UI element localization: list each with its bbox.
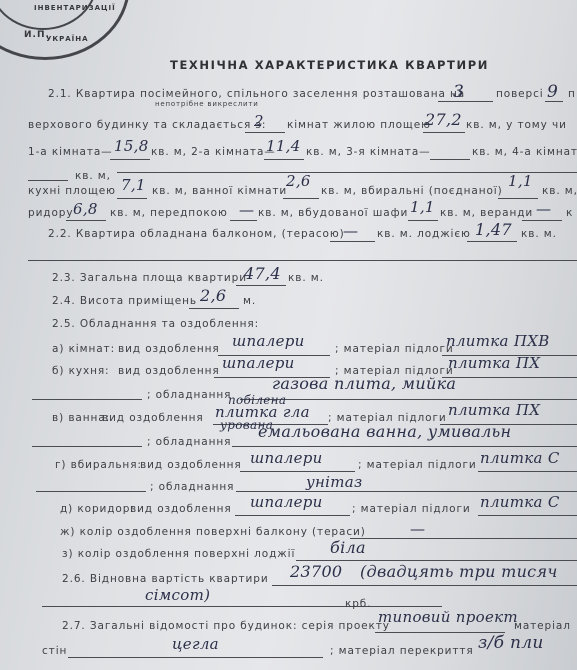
floors-suffix: п bbox=[568, 88, 576, 100]
living-area-value: 27,2 bbox=[425, 110, 462, 129]
hall-value: — bbox=[239, 201, 254, 219]
total-area-unit: кв. м. bbox=[288, 272, 324, 284]
ceiling-label: ; матеріал перекриття bbox=[330, 645, 474, 657]
room2-label: кв. м, 2-а кімната— bbox=[151, 146, 276, 158]
finish-label: вид оздоблення bbox=[102, 412, 204, 424]
corridor-value: 6,8 bbox=[73, 200, 98, 218]
total-area-value: 47,4 bbox=[244, 264, 281, 283]
rooms-finish-value: шпалери bbox=[232, 332, 305, 350]
kitchen-value: 7,1 bbox=[121, 176, 146, 194]
section-2-7-label: 2.7. Загальні відомості про будинок: сер… bbox=[62, 620, 390, 632]
wc-equipment-value: унітаз bbox=[306, 473, 363, 491]
floor-value: 3 bbox=[453, 82, 464, 102]
bath-equipment-value: емальована ванна, умивальн bbox=[258, 422, 511, 441]
material-label: матеріал bbox=[514, 620, 571, 632]
rooms-floor-value: плитка ПХВ bbox=[446, 332, 550, 350]
rooms-finish-label: а) кімнат: bbox=[52, 343, 115, 355]
veranda-suffix: к bbox=[566, 207, 573, 219]
balcony-color-label: ж) колір оздоблення поверхні балкону (те… bbox=[60, 526, 366, 538]
balcony-value: — bbox=[343, 222, 358, 240]
section-2-6-label: 2.6. Відновна вартість квартири bbox=[62, 573, 269, 585]
corridor-finish-label: д) коридор: bbox=[60, 503, 135, 515]
kitchen-finish-label: б) кухня: bbox=[52, 365, 110, 377]
kitchen-finish-value: шпалери bbox=[222, 354, 295, 372]
closet-label: кв. м, вбудованої шафи bbox=[258, 207, 408, 219]
bath-value: 2,6 bbox=[286, 172, 311, 190]
veranda-label: кв. м, веранди bbox=[440, 207, 533, 219]
walls-label: стін bbox=[42, 645, 67, 657]
loggia-color-value: біла bbox=[330, 538, 366, 557]
height-value: 2,6 bbox=[200, 286, 226, 305]
floor-material-label: ; матеріал підлоги bbox=[352, 503, 471, 515]
bath-floor-value: плитка ПХ bbox=[448, 401, 540, 419]
project-series-value: типовий проект bbox=[378, 608, 518, 626]
finish-label: вид оздоблення bbox=[118, 365, 220, 377]
restoration-words-cont: сімсот) bbox=[145, 586, 210, 604]
loggia-unit: кв. м. bbox=[521, 228, 557, 240]
height-unit: м. bbox=[243, 295, 256, 307]
kitchen-floor-value: плитка ПХ bbox=[448, 354, 540, 372]
veranda-value: — bbox=[536, 200, 551, 218]
floor-material-label: ; матеріал підлоги bbox=[335, 343, 454, 355]
strike-note: непотрібне викреслити bbox=[155, 100, 259, 108]
stamp-inner-text: ІНВЕНТАРИЗАЦІЇ bbox=[34, 4, 116, 12]
closet-value: 1,1 bbox=[410, 198, 435, 216]
living-area-suffix: кв. м, у тому чи bbox=[466, 119, 567, 131]
finish-label: вид оздоблення bbox=[140, 459, 242, 471]
wc-suffix: кв. м, bbox=[542, 185, 577, 197]
floor-label: поверсі bbox=[496, 88, 544, 100]
rooms-label: кімнат жилою площею bbox=[287, 119, 431, 131]
section-2-2-label: 2.2. Квартира обладнана балконом, (терас… bbox=[48, 228, 345, 240]
loggia-color-label: з) колір оздоблення поверхні лоджії bbox=[62, 548, 295, 560]
rooms-count-value: 2 bbox=[254, 112, 264, 130]
room2-value: 11,4 bbox=[266, 137, 301, 155]
balcony-color-value: — bbox=[410, 520, 425, 538]
corridor-finish-value: шпалери bbox=[250, 493, 323, 511]
wc-finish-label: г) вбиральня: bbox=[55, 459, 142, 471]
section-2-5-label: 2.5. Обладнання та оздоблення: bbox=[52, 318, 259, 330]
loggia-value: 1,47 bbox=[475, 220, 512, 239]
section-2-3-label: 2.3. Загальна площа квартири bbox=[52, 272, 247, 284]
section-2-4-label: 2.4. Висота приміщень bbox=[52, 295, 197, 307]
equipment-label: ; обладнання bbox=[147, 389, 231, 401]
loggia-label: кв. м. лоджією bbox=[377, 228, 471, 240]
kitchen-label: кухні площею bbox=[28, 185, 116, 197]
finish-label: вид оздоблення bbox=[118, 343, 220, 355]
room4-label: кв. м, 4-а кімнат bbox=[472, 146, 577, 158]
line2-prefix: верхового будинку та складається з: bbox=[28, 119, 266, 131]
wc-finish-value: шпалери bbox=[250, 449, 323, 467]
line4-unit: кв. м, bbox=[75, 170, 111, 182]
stamp-outer-text: УКРАЇНА bbox=[46, 35, 89, 43]
room1-value: 15,8 bbox=[114, 137, 149, 155]
wc-label: кв. м, вбиральні (поєднаної) bbox=[321, 185, 503, 197]
wc-value: 1,1 bbox=[508, 172, 533, 190]
bath-label: кв. м, ванної кімнати bbox=[152, 185, 287, 197]
document-title: ТЕХНІЧНА ХАРАКТЕРИСТИКА КВАРТИРИ bbox=[170, 58, 489, 72]
finish-label: вид оздоблення bbox=[130, 503, 232, 515]
hall-label: кв. м, передпокою bbox=[110, 207, 228, 219]
section-2-1-label: 2.1. Квартира посімейного, спільного зас… bbox=[48, 88, 465, 100]
corridor-floor-value: плитка С bbox=[480, 493, 560, 511]
wc-floor-value: плитка С bbox=[480, 449, 560, 467]
floors-total-value: 9 bbox=[547, 82, 558, 102]
equipment-label: ; обладнання bbox=[150, 481, 234, 493]
kitchen-equipment-value: газова плита, мийка bbox=[272, 374, 456, 393]
restoration-value: 23700 bbox=[290, 562, 342, 581]
equipment-label: ; обладнання bbox=[147, 436, 231, 448]
corridor-label: ридору bbox=[28, 207, 73, 219]
room1-label: 1-а кімната— bbox=[28, 146, 113, 158]
room3-label: кв. м, 3-я кімната— bbox=[306, 146, 431, 158]
floor-material-label: ; матеріал підлоги bbox=[358, 459, 477, 471]
walls-value: цегла bbox=[172, 635, 219, 653]
restoration-words: (двадцять три тисяч bbox=[360, 562, 558, 581]
ceiling-value: з/б пли bbox=[478, 633, 544, 653]
restoration-unit: крб. bbox=[345, 598, 371, 610]
